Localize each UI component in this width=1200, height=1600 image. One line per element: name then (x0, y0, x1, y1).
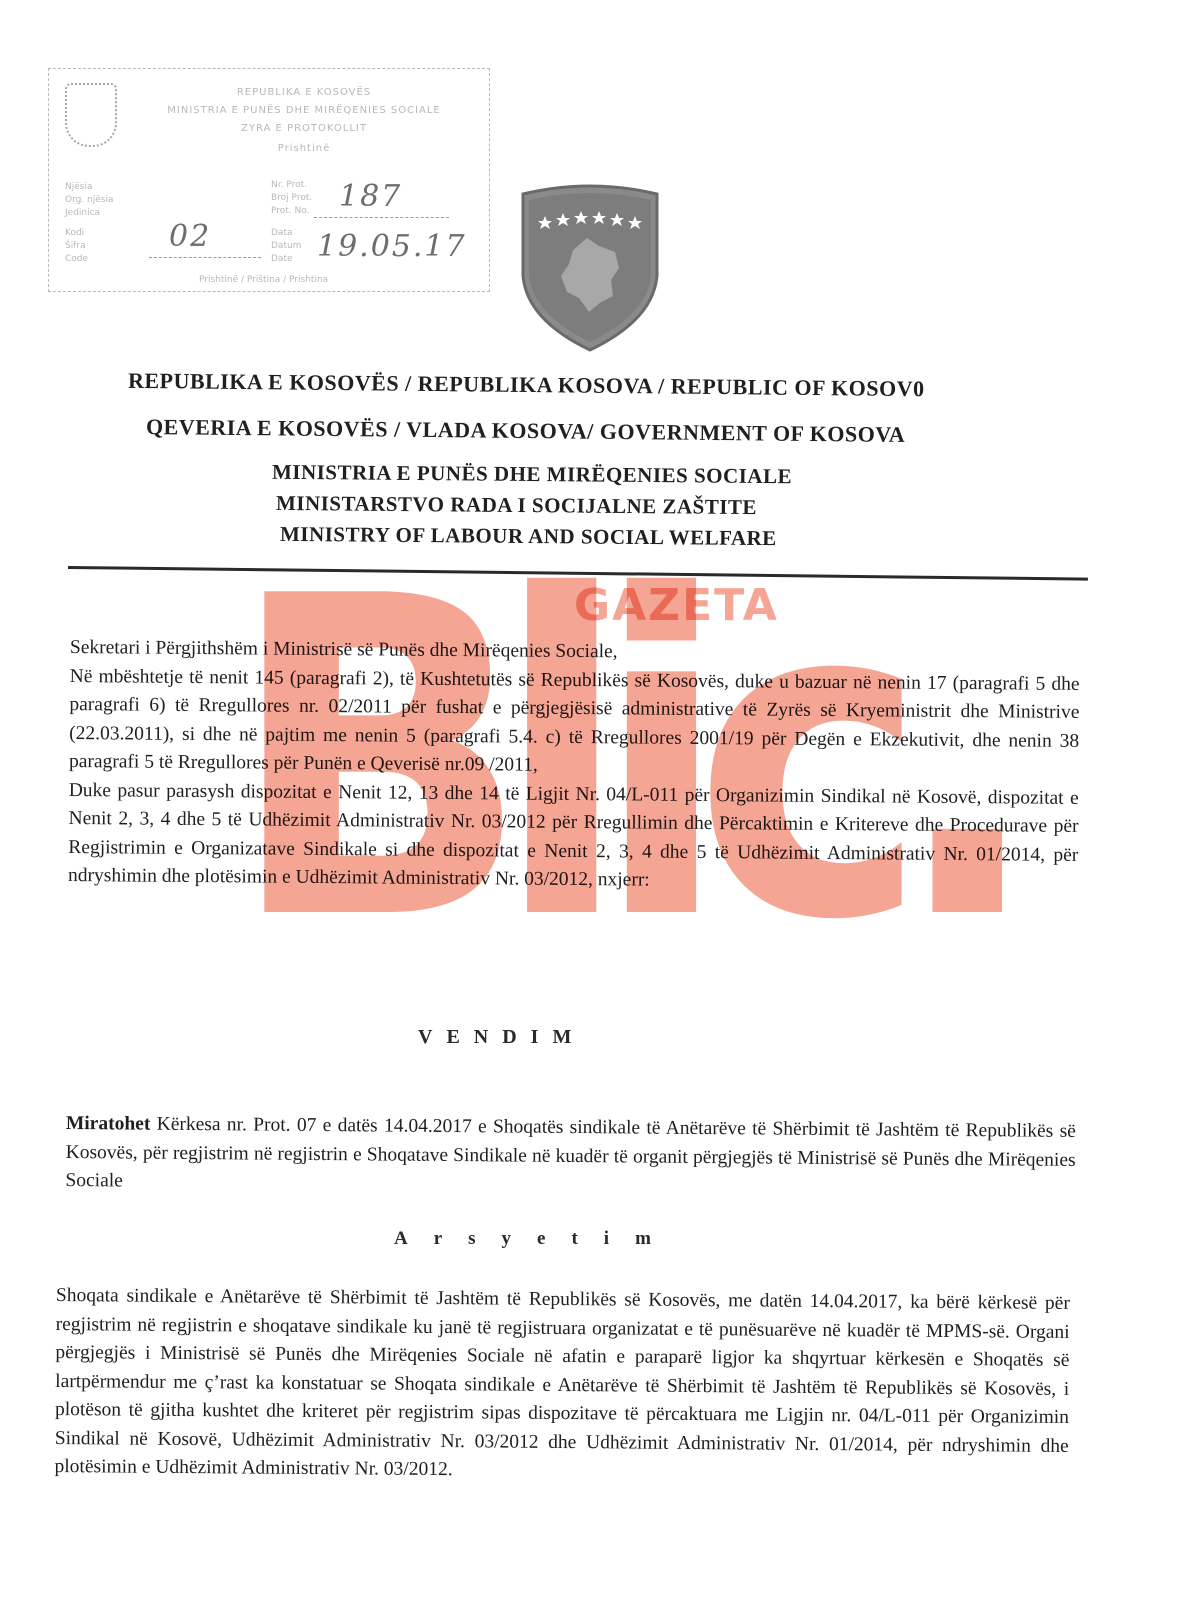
stamp-header-line: Prishtinë (129, 143, 479, 154)
stamp-label: KodiŠifraCode (65, 227, 88, 266)
preamble: Sekretari i Përgjithshëm i Ministrisë së… (68, 634, 1080, 898)
reasoning-text: Shoqata sindikale e Anëtarëve të Shërbim… (54, 1282, 1070, 1489)
stamp-protocol-number: 187 (339, 179, 402, 214)
decision-title: VENDIM (418, 1026, 585, 1049)
reasoning-title: Arsyetim (394, 1228, 677, 1250)
header-ministry-sq: MINISTRIA E PUNËS DHE MIRËQENIES SOCIALE (272, 460, 792, 490)
decision-text: Kërkesa nr. Prot. 07 e datës 14.04.2017 … (65, 1114, 1076, 1192)
header-republic: REPUBLIKA E KOSOVËS / REPUBLIKA KOSOVA /… (128, 368, 925, 402)
header-ministry-en: MINISTRY OF LABOUR AND SOCIAL WELFARE (280, 522, 777, 551)
preamble-paragraph: Duke pasur parasysh dispozitat e Nenit 1… (68, 776, 1079, 898)
reasoning-body: Shoqata sindikale e Anëtarëve të Shërbim… (54, 1282, 1070, 1489)
decision-lead-word: Miratohet (66, 1113, 151, 1135)
stamp-org-code: 02 (169, 219, 211, 254)
document-page: REPUBLIKA E KOSOVËS MINISTRIA E PUNËS DH… (0, 0, 1200, 1600)
stamp-label: DataDatumDate (271, 227, 301, 266)
stamp-header-line: MINISTRIA E PUNËS DHE MIRËQENIES SOCIALE (129, 105, 479, 116)
stamp-date: 19.05.17 (317, 229, 467, 264)
decision-body: Miratohet Kërkesa nr. Prot. 07 e datës 1… (65, 1110, 1076, 1203)
watermark-label: GAZETA (574, 580, 779, 631)
stamp-emblem-icon (65, 83, 117, 147)
header-ministry-sr: MINISTARSTVO RADA I SOCIJALNE ZAŠTITE (276, 491, 757, 520)
registry-stamp: REPUBLIKA E KOSOVËS MINISTRIA E PUNËS DH… (48, 68, 490, 292)
stamp-label: NjësiaOrg. njësiaJedinica (65, 181, 114, 220)
stamp-header-line: REPUBLIKA E KOSOVËS (129, 87, 479, 98)
stamp-footer: Prishtinë / Priština / Prishtina (199, 275, 328, 285)
header-government: QEVERIA E KOSOVËS / VLADA KOSOVA/ GOVERN… (146, 414, 906, 448)
preamble-paragraph: Në mbështetje të nenit 145 (paragrafi 2)… (69, 662, 1080, 784)
kosovo-coat-of-arms-icon (515, 180, 665, 352)
stamp-header-line: ZYRA E PROTOKOLLIT (129, 123, 479, 134)
header-divider (68, 566, 1088, 581)
stamp-label: Nr. Prot.Broj Prot.Prot. No. (271, 179, 312, 218)
